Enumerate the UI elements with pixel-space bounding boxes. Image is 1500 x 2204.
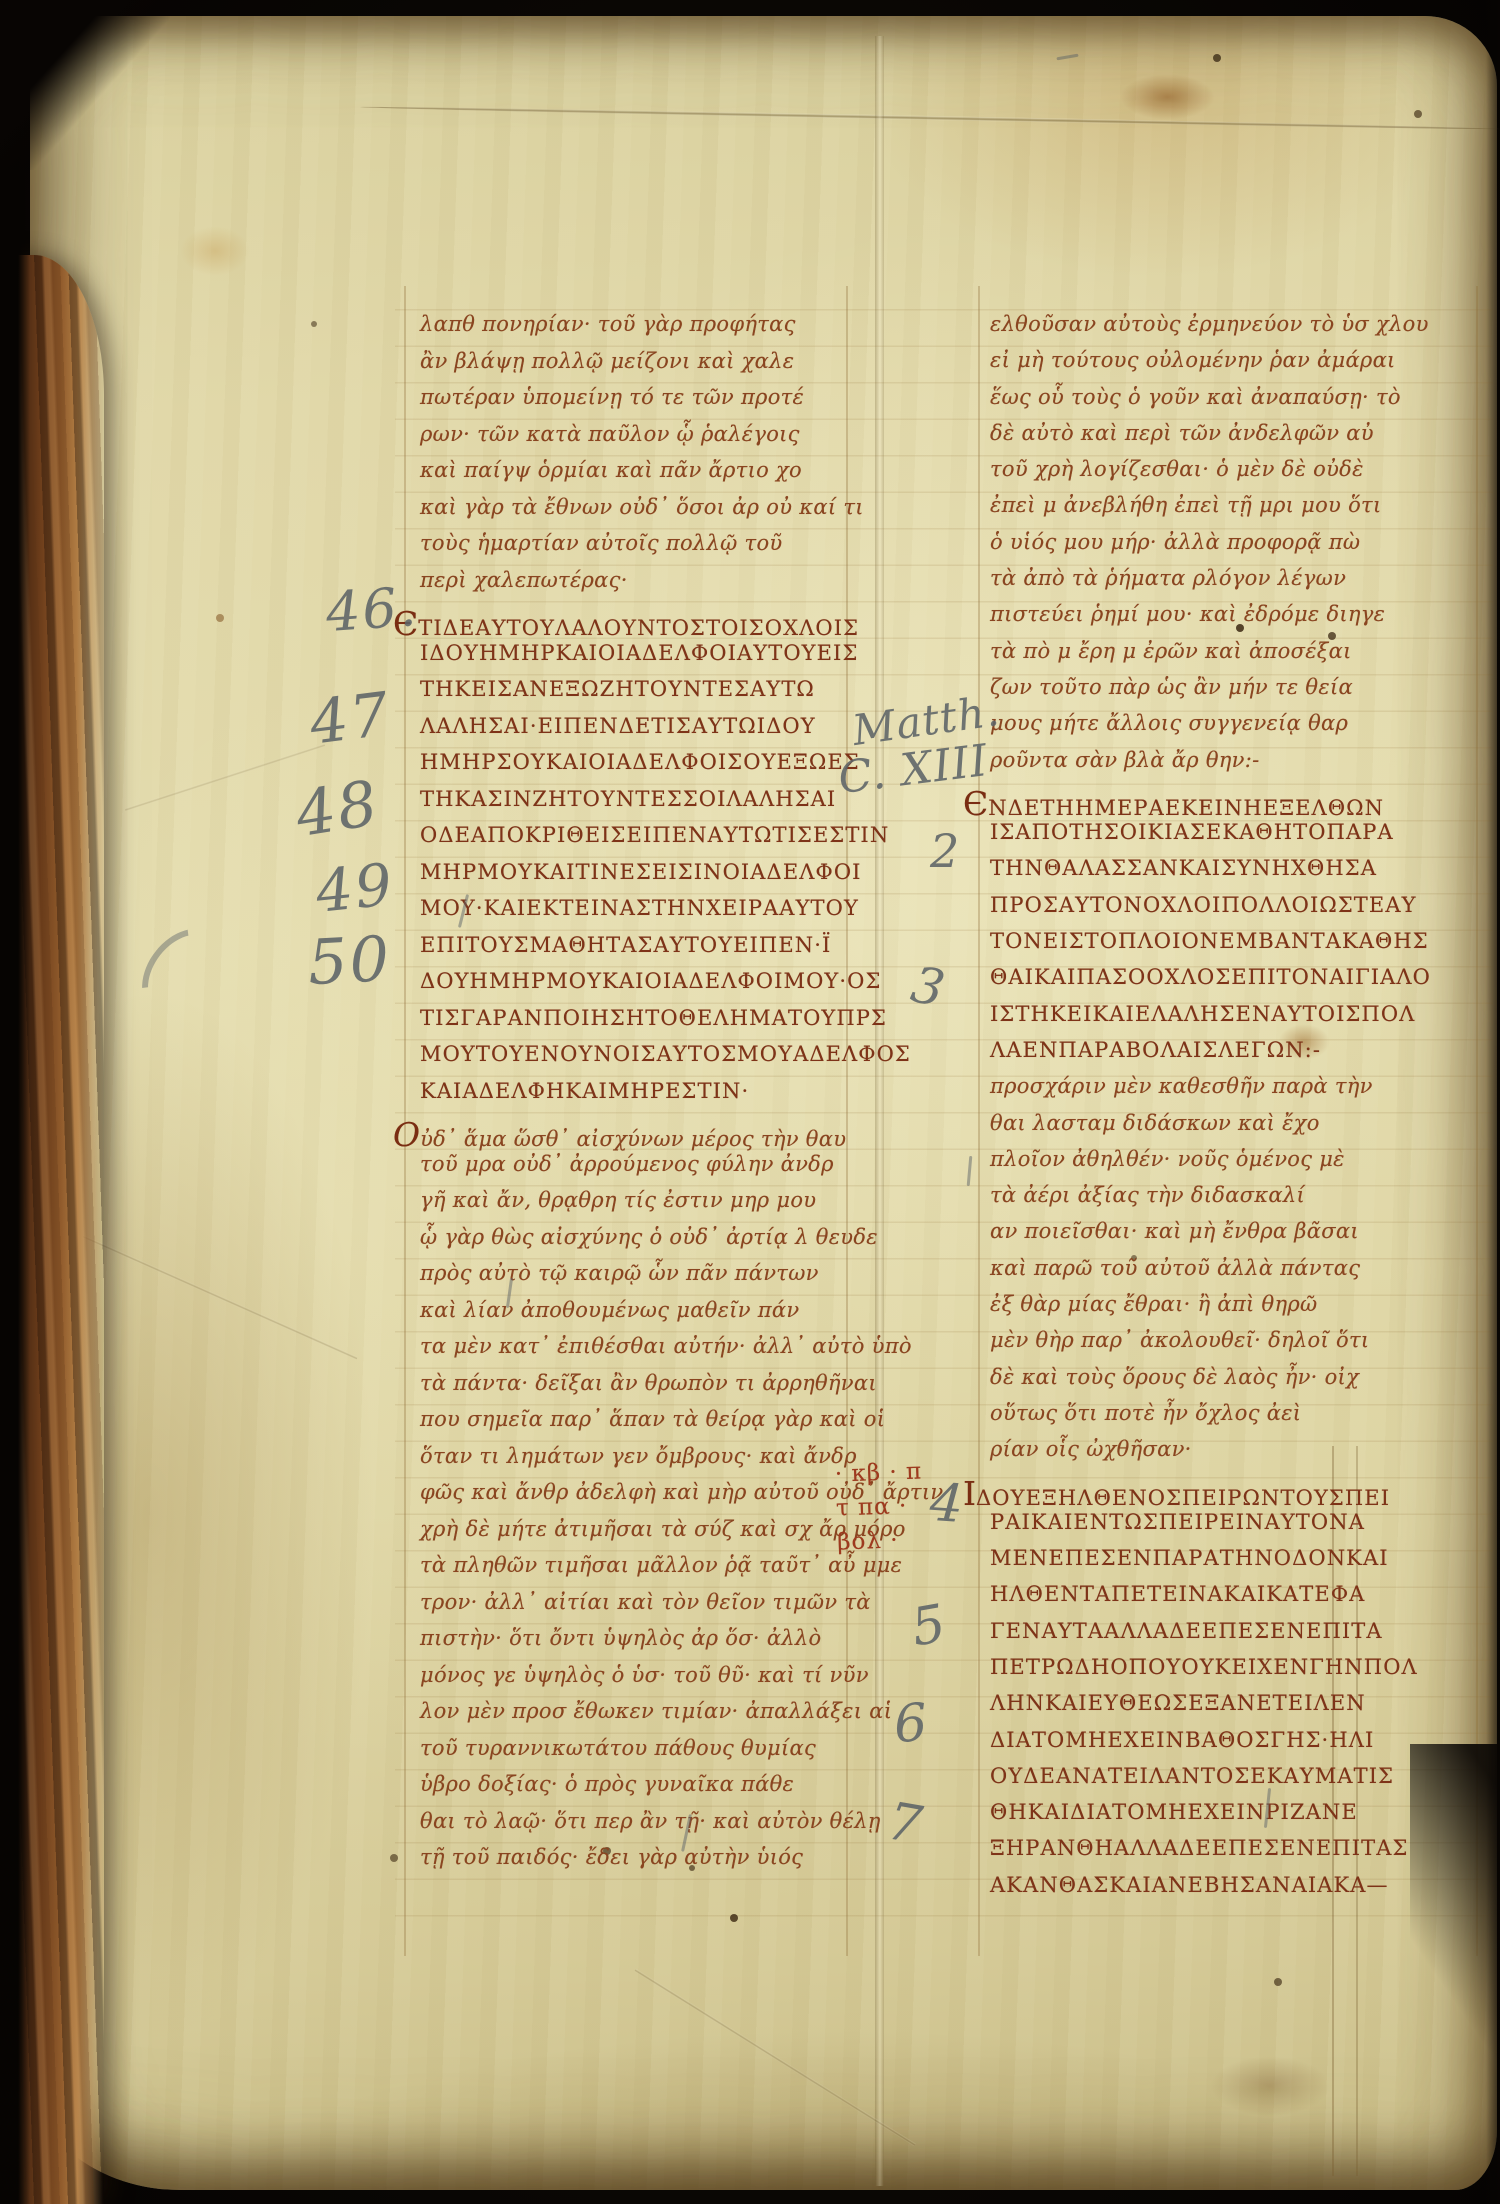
text-line: ΙΣΤΗΚΕΙΚΑΙΕΛΑΛΗΣΕΝΑΥΤΟΙΣΠΟΛ xyxy=(990,1002,1470,1038)
text-line: θαι λασταμ διδάσκων καὶ ἔχο xyxy=(990,1111,1470,1147)
text-line: ΙΔΟΥΕΞΗΛΘΕΝΟΣΠΕΙΡΩΝΤΟΥΣΠΕΙ xyxy=(990,1474,1470,1510)
pencil-verse-number-2: 2 xyxy=(930,824,961,878)
text-line: λον μὲν προσ ἔθωκεν τιμίαν· ἀπαλλάξει αἱ xyxy=(420,1699,844,1736)
bottom-right-shadow xyxy=(1410,1744,1500,2204)
text-line: ΑΚΑΝΘΑΣΚΑΙΑΝΕΒΗΣΑΝΑΙΑΚΑ— xyxy=(990,1873,1470,1909)
text-line: ὅταν τι λημάτων γεν ὄμβρους· καὶ ἄνδρ xyxy=(420,1444,844,1481)
text-line: δὲ αὐτὸ καὶ περὶ τῶν ἀνδελφῶν αὐ xyxy=(990,421,1470,457)
text-line: ΛΗΝΚΑΙΕΥΘΕΩΣΕΞΑΝΕΤΕΙΛΕΝ xyxy=(990,1691,1470,1727)
pencil-stroke xyxy=(1056,54,1078,61)
pencil-verse-number-6: 6 xyxy=(892,1693,931,1755)
text-line: ΟΥΔΕΑΝΑΤΕΙΛΑΝΤΟΣΕΚΑΥΜΑΤΙΣ xyxy=(990,1764,1470,1800)
parchment-page: λαπθ πονηρίαν· τοῦ γὰρ προφήταςἂν βλάψῃ … xyxy=(30,16,1497,2190)
text-line: ΛΑΕΝΠΑΡΑΒΟΛΑΙΣΛΕΓΩΝ:- xyxy=(990,1038,1470,1074)
text-line: ΓΕΝΑΥΤΑΑΛΛΑΔΕΕΠΕΣΕΝΕΠΙΤΑ xyxy=(990,1619,1470,1655)
text-line: ΚΑΙΑΔΕΛΦΗΚΑΙΜΗΡΕΣΤΙΝ· xyxy=(420,1079,844,1116)
text-line: εἰ μὴ τούτους οὐλομένην ῥαν ἀμάραι xyxy=(990,348,1470,384)
text-line: μους μήτε ἄλλοις συγγενείᾳ θαρ xyxy=(990,711,1470,747)
text-line: οὕτως ὅτι ποτὲ ἦν ὄχλος ἀεὶ xyxy=(990,1401,1470,1437)
text-line: ἐπεὶ μ ἀνεβλήθη ἐπεὶ τῇ μρι μου ὅτι xyxy=(990,493,1470,529)
text-line: ελθοῦσαν αὐτοὺς ἐρμηνεύον τὸ ὑσ χλου xyxy=(990,312,1470,348)
text-line: που σημεῖα παρ᾽ ἅπαν τὰ θείρᾳ γὰρ καὶ οἱ xyxy=(420,1407,844,1444)
text-line: ροῦντα σὰν βλὰ ἄρ θην:- xyxy=(990,748,1470,784)
text-line: ΘΑΙΚΑΙΠΑΣΟΟΧΛΟΣΕΠΙΤΟΝΑΙΓΙΑΛΟ xyxy=(990,965,1470,1001)
text-line: ἕως οὗ τοὺς ὁ γοῦν καὶ ἀναπαύσῃ· τὸ xyxy=(990,385,1470,421)
text-line: ΤΗΚΑΣΙΝΖΗΤΟΥΝΤΕΣΣΟΙΛΑΛΗΣΑΙ xyxy=(420,787,844,824)
text-line: ᾧ γὰρ θὼς αἰσχύνης ὁ οὐδ᾽ ἀρτίᾳ λ θευδε xyxy=(420,1225,844,1262)
text-line: γῆ καὶ ἄν, θρᾳθρη τίς ἐστιν μηρ μου xyxy=(420,1188,844,1225)
text-line: ΛΑΛΗΣΑΙ·ΕΙΠΕΝΔΕΤΙΣΑΥΤΩΙΔΟΥ xyxy=(420,714,844,751)
text-line: ΤΗΝΘΑΛΑΣΣΑΝΚΑΙΣΥΝΗΧΘΗΣΑ xyxy=(990,856,1470,892)
manuscript-photo: λαπθ πονηρίαν· τοῦ γὰρ προφήταςἂν βλάψῃ … xyxy=(0,0,1500,2204)
pencil-verse-number-4: 4 xyxy=(928,1473,967,1535)
top-left-corner-shadow xyxy=(0,0,170,170)
text-line: τὰ πληθῶν τιμῆσαι μᾶλλον ῥᾷ ταῦτ᾽ αὖ μμε xyxy=(420,1553,844,1590)
text-line: ΠΡΟΣΑΥΤΟΝΟΧΛΟΙΠΟΛΛΟΙΩΣΤΕΑΥ xyxy=(990,893,1470,929)
text-line: ΤΟΝΕΙΣΤΟΠΛΟΙΟΝΕΜΒΑΝΤΑΚΑΘΗΣ xyxy=(990,929,1470,965)
gutter-shadow xyxy=(0,0,30,2204)
text-line: ΗΜΗΡΣΟΥΚΑΙΟΙΑΔΕΛΦΟΙΣΟΥΕΞΩΕΣ xyxy=(420,750,844,787)
text-line: ΘΗΚΑΙΔΙΑΤΟΜΗΕΧΕΙΝΡΙΖΑΝΕ xyxy=(990,1800,1470,1836)
diagonal-crease xyxy=(82,1235,357,1360)
text-line: ΤΗΚΕΙΣΑΝΕΞΩΖΗΤΟΥΝΤΕΣΑΥΤΩ xyxy=(420,677,844,714)
text-line: πωτέραν ὑπομείνῃ τό τε τῶν προτέ xyxy=(420,385,844,422)
text-line: ΞΗΡΑΝΘΗΑΛΛΑΔΕΕΠΕΣΕΝΕΠΙΤΑΣ xyxy=(990,1836,1470,1872)
kephalaion-note: · κβ · π τ πα · βολ · xyxy=(834,1455,925,1560)
text-line: τοῦ μρα οὐδ᾽ ἀρρούμενος φύλην ἀνδρ xyxy=(420,1152,844,1189)
text-line: τα μὲν κατ᾽ ἐπιθέσθαι αὐτήν· ἀλλ᾽ αὐτὸ ὑ… xyxy=(420,1334,844,1371)
left-text-column: λαπθ πονηρίαν· τοῦ γὰρ προφήταςἂν βλάψῃ … xyxy=(420,312,844,1882)
pencil-smudge xyxy=(125,913,240,1033)
text-line: Οὐδ᾽ ἅμα ὥσθ᾽ αἰσχύνων μέρος τὴν θαυ xyxy=(420,1115,844,1152)
text-line: ρίαν οἷς ὠχθῆσαν· xyxy=(990,1437,1470,1473)
pencil-verse-number-47: 47 xyxy=(306,679,394,758)
text-line: ΙΣΑΠΟΤΗΣΟΙΚΙΑΣΕΚΑΘΗΤΟΠΑΡΑ xyxy=(990,820,1470,856)
text-line: τῇ τοῦ παιδός· ἔδει γὰρ αὐτὴν ὑιός xyxy=(420,1845,844,1882)
text-line: ΗΛΘΕΝΤΑΠΕΤΕΙΝΑΚΑΙΚΑΤΕΦΑ xyxy=(990,1582,1470,1618)
text-line: μὲν θὴρ παρ᾽ ἀκολουθεῖ· δηλοῖ ὅτι xyxy=(990,1328,1470,1364)
text-line: πιστὴν· ὅτι ὄντι ὑψηλὸς ἀρ ὅσ· ἀλλὸ xyxy=(420,1626,844,1663)
ink-stain xyxy=(1120,74,1215,120)
text-line: προσχάριν μὲν καθεσθῆν παρὰ τὴν xyxy=(990,1074,1470,1110)
text-line: φῶς καὶ ἄνθρ ἀδελφὴ καὶ μὴρ αὐτοῦ οὐδ᾽ ἄ… xyxy=(420,1480,844,1517)
kephalaion-number: · κβ · π xyxy=(834,1455,922,1492)
column-ruling-line xyxy=(978,286,980,1956)
damp-stain xyxy=(180,226,250,276)
right-text-column: ελθοῦσαν αὐτοὺς ἐρμηνεύον τὸ ὑσ χλουεἰ μ… xyxy=(990,312,1470,1909)
text-line: ΡΑΙΚΑΙΕΝΤΩΣΠΕΙΡΕΙΝΑΥΤΟΝΑ xyxy=(990,1510,1470,1546)
pencil-verse-number-46: 46. xyxy=(324,575,420,644)
text-line: ЄΤΙΔΕΑΥΤΟΥΛΑΛΟΥΝΤΟΣΤΟΙΣΟΧΛΟΙΣ xyxy=(420,604,844,641)
text-line: τὰ πάντα· δεῖξαι ἂν θρωπὸν τι ἀρρηθῆναι xyxy=(420,1371,844,1408)
text-line: τοῦ χρὴ λογίζεσθαι· ὁ μὲν δὲ οὐδὲ xyxy=(990,457,1470,493)
text-line: πιστεύει ῥημί μου· καὶ ἐδρόμε διηγε xyxy=(990,602,1470,638)
text-line: τοῦ τυραννικωτάτου πάθους θυμίας xyxy=(420,1736,844,1773)
text-line: ΕΠΙΤΟΥΣΜΑΘΗΤΑΣΑΥΤΟΥΕΙΠΕΝ·Ϊ xyxy=(420,933,844,970)
text-line: ЄΝΔΕΤΗΗΜΕΡΑΕΚΕΙΝΗΕΞΕΛΘΩΝ xyxy=(990,784,1470,820)
text-line: ΜΟΥ·ΚΑΙΕΚΤΕΙΝΑΣΤΗΝΧΕΙΡΑΑΥΤΟΥ xyxy=(420,896,844,933)
diagonal-crease xyxy=(634,1969,915,2146)
text-line: ΜΗΡΜΟΥΚΑΙΤΙΝΕΣΕΙΣΙΝΟΙΑΔΕΛΦΟΙ xyxy=(420,860,844,897)
text-line: καὶ λίαν ἀποθουμένως μαθεῖν πάν xyxy=(420,1298,844,1335)
text-line: ΜΕΝΕΠΕΣΕΝΠΑΡΑΤΗΝΟΔΟΝΚΑΙ xyxy=(990,1546,1470,1582)
top-fold-crease xyxy=(360,105,1500,131)
text-line: ἂν βλάψῃ πολλῷ μείζονι καὶ χαλε xyxy=(420,349,844,386)
text-line: καὶ παίγψ ὁρμίαι καὶ πᾶν ἄρτιο χο xyxy=(420,458,844,495)
text-line: δὲ καὶ τοὺς ὅρους δὲ λαὸς ἦν· οἰχ xyxy=(990,1365,1470,1401)
text-line: καὶ παρῶ τοῦ αὐτοῦ ἀλλὰ πάντας xyxy=(990,1256,1470,1292)
kephalaion-title-line: τ πα · xyxy=(835,1488,923,1525)
text-line: τὰ ἀέρι ἀξίας τὴν διδασκαλί xyxy=(990,1183,1470,1219)
column-ruling-line xyxy=(1476,286,1478,1956)
text-line: καὶ γὰρ τὰ ἔθνων οὐδ᾽ ὅσοι ἀρ οὐ καί τι xyxy=(420,495,844,532)
pencil-verse-number-49: 49 xyxy=(313,850,397,926)
text-line: αν ποιεῖσθαι· καὶ μὴ ἔνθρα βᾶσαι xyxy=(990,1219,1470,1255)
text-line: ΤΙΣΓΑΡΑΝΠΟΙΗΣΗΤΟΘΕΛΗΜΑΤΟΥΠΡΣ xyxy=(420,1006,844,1043)
text-line: ΔΟΥΗΜΗΡΜΟΥΚΑΙΟΙΑΔΕΛΦΟΙΜΟΥ·ΟΣ xyxy=(420,969,844,1006)
kephalaion-title-line: βολ · xyxy=(837,1522,925,1559)
text-line: πλοῖον ἀθηλθέν· νοῦς ὁμένος μὲ xyxy=(990,1147,1470,1183)
text-line: θαι τὸ λαῷ· ὅτι περ ἂν τῇ· καὶ αὐτὸν θέλ… xyxy=(420,1809,844,1846)
text-line: ζων τοῦτο πὰρ ὡς ἂν μήν τε θεία xyxy=(990,675,1470,711)
text-line: πρὸς αὐτὸ τῷ καιρῷ ὧν πᾶν πάντων xyxy=(420,1261,844,1298)
pencil-verse-number-50: 50 xyxy=(306,922,393,999)
text-line: ΟΔΕΑΠΟΚΡΙΘΕΙΣΕΙΠΕΝΑΥΤΩΤΙΣΕΣΤΙΝ xyxy=(420,823,844,860)
text-line: χρὴ δὲ μήτε ἀτιμῆσαι τὰ σύζ καὶ σχ ἄρ μό… xyxy=(420,1517,844,1554)
damp-stain xyxy=(1210,2056,1330,2116)
pencil-verse-number-48: 48 xyxy=(291,766,384,851)
text-line: ἐξ θὰρ μίας ἔθραι· ἢ ἀπὶ θηρῶ xyxy=(990,1292,1470,1328)
text-line: ὑβρο δοξίας· ὁ πρὸς γυναῖκα πάθε xyxy=(420,1772,844,1809)
text-line: περὶ χαλεπωτέρας· xyxy=(420,568,844,605)
text-line: λαπθ πονηρίαν· τοῦ γὰρ προφήτας xyxy=(420,312,844,349)
text-line: ΜΟΥΤΟΥΕΝΟΥΝΟΙΣΑΥΤΟΣΜΟΥΑΔΕΛΦΟΣ xyxy=(420,1042,844,1079)
text-line: τρον· ἀλλ᾽ αἰτίαι καὶ τὸν θεῖον τιμῶν τὰ xyxy=(420,1590,844,1627)
text-line: ΔΙΑΤΟΜΗΕΧΕΙΝΒΑΘΟΣΓΗΣ·ΗΛΙ xyxy=(990,1728,1470,1764)
text-line: ΙΔΟΥΗΜΗΡΚΑΙΟΙΑΔΕΛΦΟΙΑΥΤΟΥΕΙΣ xyxy=(420,641,844,678)
text-line: τοὺς ἡμαρτίαν αὐτοῖς πολλῷ τοῦ xyxy=(420,531,844,568)
text-line: ΠΕΤΡΩΔΗΟΠΟΥΟΥΚΕΙΧΕΝΓΗΝΠΟΛ xyxy=(990,1655,1470,1691)
text-line: μόνος γε ὑψηλὸς ὁ ὑσ· τοῦ θῦ· καὶ τί νῦν xyxy=(420,1663,844,1700)
text-line: ὁ υἱός μου μήρ· ἀλλὰ προφορᾷ πὼ xyxy=(990,530,1470,566)
text-line: τὰ πὸ μ ἔρη μ ἐρῶν καὶ ἀποσέξαι xyxy=(990,639,1470,675)
text-line: τὰ ἀπὸ τὰ ῥήματα ρλόγον λέγων xyxy=(990,566,1470,602)
text-line: ρων· τῶν κατὰ παῦλον ᾧ ῥαλέγοις xyxy=(420,422,844,459)
